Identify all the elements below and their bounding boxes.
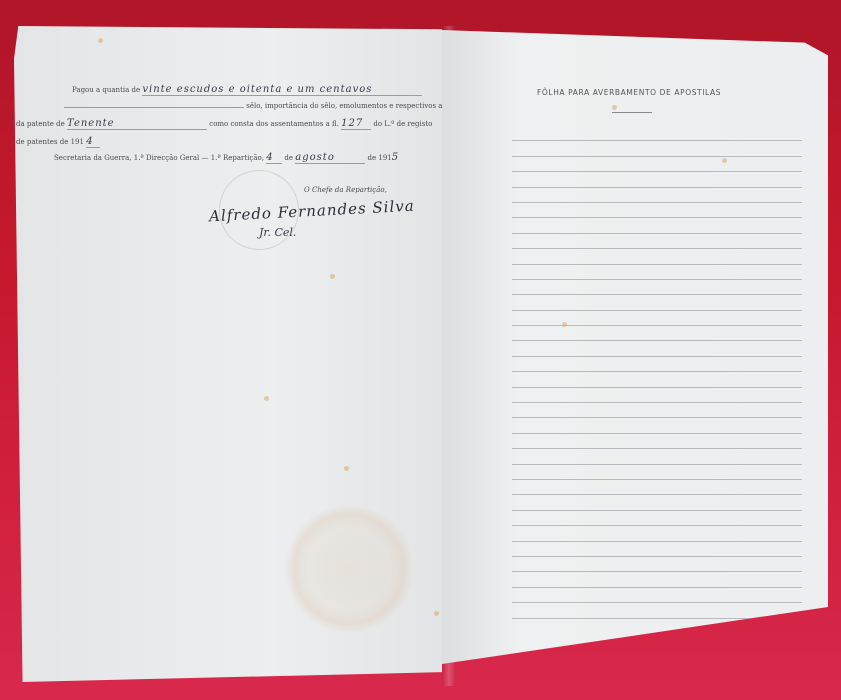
ruled-line	[512, 542, 802, 557]
ruled-line	[512, 295, 802, 310]
payment-line: Pagou a quantia de vinte escudos e oiten…	[72, 84, 422, 96]
ruled-line	[512, 126, 802, 141]
title-rule	[612, 112, 652, 113]
ruled-line	[512, 495, 802, 510]
ruled-line	[512, 434, 802, 449]
apostilles-title: FÔLHA PARA AVERBAMENTO DE APOSTILAS	[537, 88, 721, 97]
ruled-line	[512, 526, 802, 541]
ruled-line	[512, 172, 802, 187]
patent-rank: Tenente	[67, 118, 207, 130]
ruled-lines	[512, 126, 802, 619]
date-month: agosto	[295, 152, 365, 164]
fees-text: sêlo, importância do sêlo, emolumentos e…	[246, 102, 474, 110]
ruled-line	[512, 388, 802, 403]
year-label: de patentes de 191	[16, 138, 84, 146]
year-line: de patentes de 191 4	[16, 136, 100, 148]
ruled-line	[512, 141, 802, 156]
ruled-line	[512, 403, 802, 418]
date-year-digit: 5	[392, 152, 399, 163]
date-de: de	[284, 154, 293, 162]
right-page: FÔLHA PARA AVERBAMENTO DE APOSTILAS	[442, 30, 828, 664]
ruled-line	[512, 465, 802, 480]
chief-label: O Chefe da Repartição,	[304, 186, 387, 194]
foxing-spot	[722, 158, 727, 163]
signature-title: Jr. Cel.	[259, 226, 296, 239]
foxing-spot	[98, 38, 103, 43]
date-day: 4	[266, 152, 282, 164]
ruled-line	[512, 603, 802, 618]
ruled-line	[512, 449, 802, 464]
left-page: Pagou a quantia de vinte escudos e oiten…	[14, 26, 442, 682]
ruled-line	[512, 280, 802, 295]
ruled-line	[512, 357, 802, 372]
foxing-spot	[330, 274, 335, 279]
records-text: como consta dos assentamentos a fl.	[209, 120, 339, 128]
payment-label: Pagou a quantia de	[72, 86, 140, 94]
folio-number: 127	[341, 118, 371, 130]
ruled-line	[512, 572, 802, 587]
document-spread: Pagou a quantia de vinte escudos e oiten…	[14, 26, 834, 686]
foxing-spot	[562, 322, 567, 327]
ruled-line	[512, 511, 802, 526]
ruled-line	[512, 157, 802, 172]
payment-amount: vinte escudos e oitenta e um centavos	[142, 84, 422, 96]
ruled-line	[512, 234, 802, 249]
embossed-seal	[284, 504, 414, 634]
ruled-line	[512, 311, 802, 326]
ruled-line	[512, 203, 802, 218]
fees-line: sêlo, importância do sêlo, emolumentos e…	[64, 102, 474, 110]
ruled-line	[512, 218, 802, 233]
year-digit: 4	[86, 136, 100, 148]
ruled-line	[512, 588, 802, 603]
ruled-line	[512, 188, 802, 203]
foxing-spot	[434, 611, 439, 616]
foxing-spot	[344, 466, 349, 471]
ruled-line	[512, 326, 802, 341]
patent-label: da patente de	[16, 120, 65, 128]
ruled-line	[512, 341, 802, 356]
date-year-label: de 191	[368, 154, 392, 162]
patent-line: da patente de Tenente como consta dos as…	[16, 118, 432, 130]
ruled-line	[512, 557, 802, 572]
ruled-line	[512, 480, 802, 495]
book-label: do L.º de registo	[373, 120, 432, 128]
office-text: Secretaria da Guerra, 1.ª Direcção Geral…	[54, 154, 264, 162]
ruled-line	[512, 265, 802, 280]
foxing-spot	[264, 396, 269, 401]
office-date-line: Secretaria da Guerra, 1.ª Direcção Geral…	[54, 152, 399, 164]
foxing-spot	[612, 105, 617, 110]
fees-blank	[64, 107, 244, 108]
ruled-line	[512, 418, 802, 433]
ruled-line	[512, 249, 802, 264]
ruled-line	[512, 372, 802, 387]
